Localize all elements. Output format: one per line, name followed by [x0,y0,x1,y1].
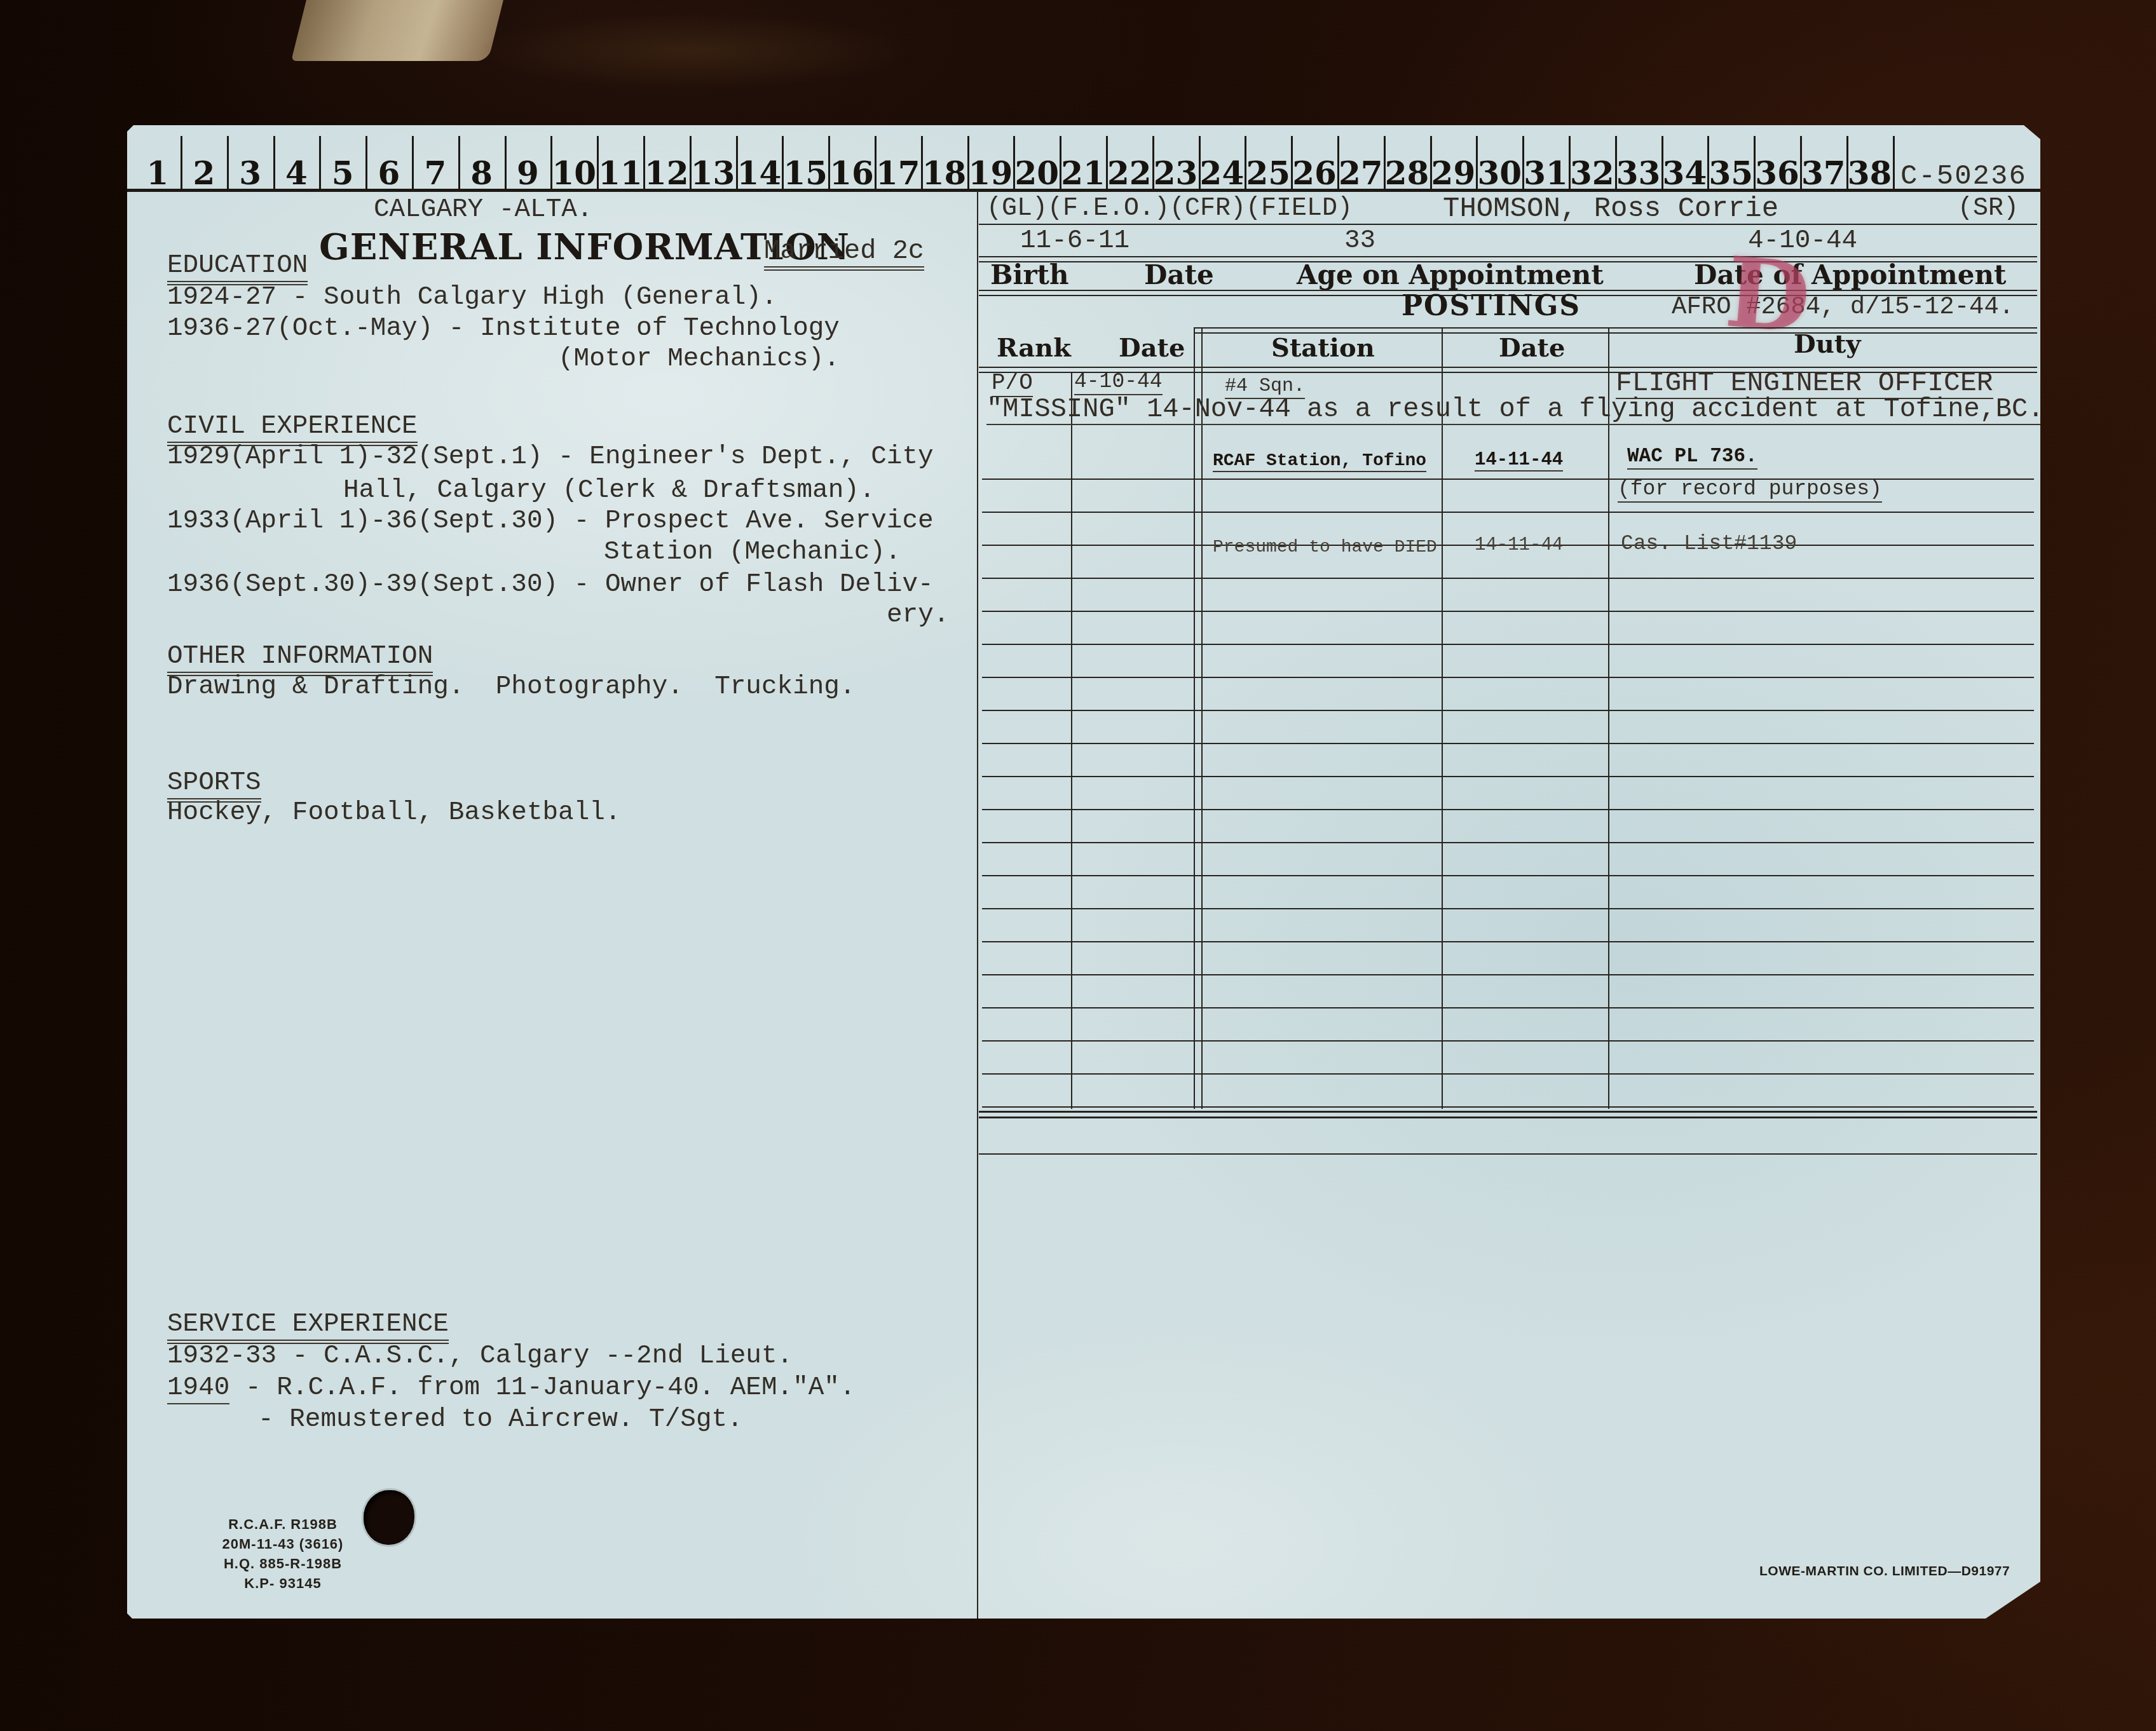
column-header-rank: Rank [997,335,1071,362]
form-code: 20M-11-43 (3616) [191,1534,375,1554]
tab-number: 37 [1800,154,1847,192]
rule-line [979,256,2037,257]
entry-station: RCAF Station, Tofino [1213,452,1426,472]
tab-number: 12 [643,154,690,192]
form-code: R.C.A.F. R198B [191,1514,375,1534]
tab-number: 20 [1013,154,1060,192]
tab-number: 8 [458,154,505,192]
tab-number: 17 [875,154,922,192]
printer-mark: LOWE-MARTIN CO. LIMITED—D91977 [1759,1564,2010,1579]
member-name: THOMSON, Ross Corrie [1443,194,1958,225]
other-information-line: Drawing & Drafting. Photography. Truckin… [167,674,856,701]
card-serial: C-50236 [1900,162,2027,191]
tab-number: 5 [319,154,366,192]
form-code: H.Q. 885-R-198B [191,1554,375,1573]
tab-number: 27 [1337,154,1384,192]
punch-hole [364,1490,414,1545]
entry-duty: Cas. List#1139 [1621,533,1797,555]
tab-number: 15 [782,154,829,192]
label-age-on-appointment: Age on Appointment [1297,261,1604,289]
column-header-duty: Duty [1794,331,1861,358]
missing-note: "MISSING" 14-Nov-44 as a result of a fly… [986,395,2043,425]
sports-line: Hockey, Football, Basketball. [167,799,621,827]
shadow-smudge [407,0,979,102]
entry-rank: P/O [992,371,1033,397]
table-top-line [1194,327,2037,329]
entry-station: Presumed to have DIED [1213,538,1437,557]
tab-number: 13 [690,154,737,192]
tab-number: 6 [365,154,413,192]
tab-number: 25 [1245,154,1292,192]
strip-divider-line [127,189,2040,192]
tab-number: 26 [1291,154,1338,192]
scanned-record-card-scene: 1234567891011121314151617181920212223242… [0,0,2156,1731]
tab-number: 18 [921,154,968,192]
trade-qualifiers: (GL)(F.E.O.)(CFR)(FIELD) [986,196,1353,222]
panel-divider-line [977,189,978,1619]
service-line: - Remustered to Aircrew. T/Sgt. [258,1406,743,1434]
tab-tick-line [1893,136,1895,191]
education-heading: EDUCATION [167,252,308,285]
age-value: 33 [1344,227,1375,255]
marital-status: Married 2c [764,237,924,271]
form-code-block: R.C.A.F. R198B 20M-11-43 (3616) H.Q. 885… [191,1514,375,1593]
rcaf-record-card: 1234567891011121314151617181920212223242… [127,125,2040,1619]
table-footer-line [979,1153,2037,1155]
tab-number: 19 [967,154,1014,192]
birth-date-value: 11-6-11 [1020,227,1129,255]
education-line: 1924-27 - South Calgary High (General). [167,284,777,311]
education-line: 1936-27(Oct.-May) - Institute of Technol… [167,315,840,343]
tab-number: 35 [1707,154,1754,192]
tab-number: 4 [273,154,320,192]
tab-number: 10 [550,154,597,192]
label-postings: POSTINGS [1402,292,1581,321]
tab-number: 30 [1476,154,1523,192]
tab-number: 7 [412,154,459,192]
tab-number: 22 [1106,154,1153,192]
column-header-station: Station [1271,335,1375,362]
form-code: K.P- 93145 [191,1573,375,1593]
education-line: (Motor Mechanics). [558,346,840,373]
tab-number: 11 [597,154,644,192]
tab-number: 1 [134,154,181,192]
entry-station-date: 14-11-44 [1475,451,1563,472]
label-birth-date: Date [1144,261,1214,289]
tab-number: 32 [1569,154,1616,192]
postings-reference: AFRO #2684, d/15-12-44. [1672,294,2014,320]
label-birth: Birth [990,261,1069,289]
column-header-date: Date [1499,335,1566,362]
tab-number: 23 [1152,154,1199,192]
entry-rank-date: 4-10-44 [1074,371,1163,395]
entry-duty: WAC PL 736. [1627,447,1757,470]
seniority-tag: (SR) [1958,196,2019,222]
civil-line: Station (Mechanic). [604,539,901,566]
tab-number: 3 [227,154,274,192]
service-line: 1940 - R.C.A.F. from 11-January-40. AEM.… [167,1375,856,1402]
tab-number: 9 [504,154,551,192]
service-line-rest: - R.C.A.F. from 11-January-40. AEM."A". [229,1373,855,1402]
tab-number: 31 [1522,154,1569,192]
tab-number: 16 [828,154,875,192]
table-bottom-line [979,1111,2037,1113]
other-information-heading: OTHER INFORMATION [167,643,433,676]
service-line: 1932-33 - C.A.S.C., Calgary --2nd Lieut. [167,1343,793,1370]
tab-number: 21 [1060,154,1107,192]
service-experience-heading: SERVICE EXPERIENCE [167,1311,449,1344]
location-line: CALGARY -ALTA. [374,196,592,224]
table-bottom-line [979,1117,2037,1118]
tab-number: 33 [1615,154,1662,192]
rule-line [979,224,2037,225]
column-header-date: Date [1119,335,1185,362]
tab-number: 28 [1384,154,1431,192]
tab-number: 34 [1661,154,1708,192]
civil-line: ery. [887,602,949,629]
civil-line: 1929(April 1)-32(Sept.1) - Engineer's De… [167,444,934,471]
tab-number: 24 [1198,154,1245,192]
tab-number: 36 [1754,154,1801,192]
service-year: 1940 [167,1373,229,1404]
civil-line: Hall, Calgary (Clerk & Draftsman). [343,477,875,505]
tab-number: 2 [181,154,228,192]
civil-experience-heading: CIVIL EXPERIENCE [167,413,418,446]
tab-number: 29 [1429,154,1477,192]
civil-line: 1933(April 1)-36(Sept.30) - Prospect Ave… [167,508,934,535]
tab-number: 14 [735,154,782,192]
entry-duty-note: (for record purposes) [1618,479,1882,503]
entry-station-date: 14-11-44 [1475,536,1563,555]
tab-number: 38 [1846,154,1893,192]
civil-line: 1936(Sept.30)-39(Sept.30) - Owner of Fla… [167,571,934,599]
